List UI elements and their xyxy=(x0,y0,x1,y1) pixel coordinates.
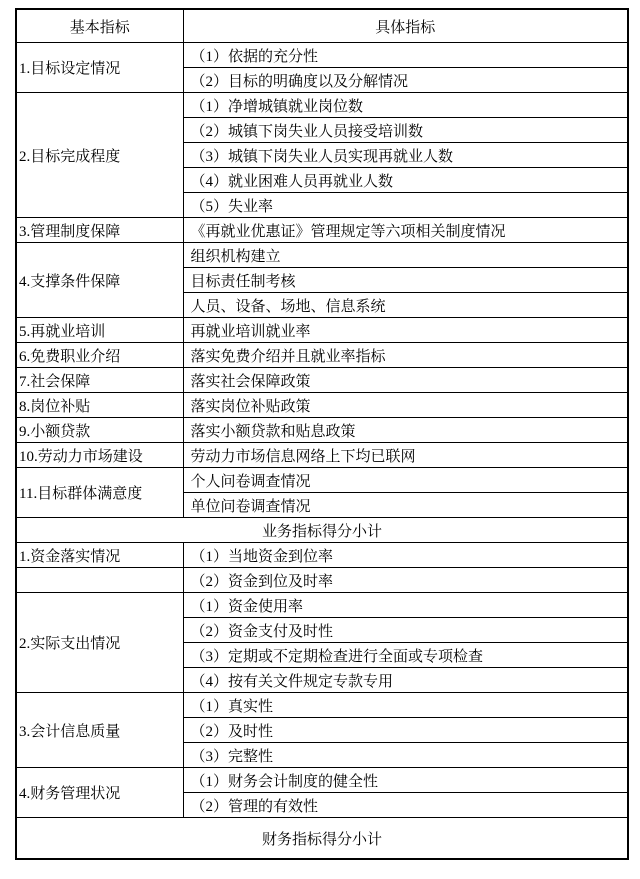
specific-indicator-cell: 目标责任制考核 xyxy=(183,268,628,293)
table-row: 1.资金落实情况（1）当地资金到位率 xyxy=(16,543,628,568)
specific-indicator-cell: 《再就业优惠证》管理规定等六项相关制度情况 xyxy=(183,218,628,243)
header-specific-indicator: 具体指标 xyxy=(183,9,628,43)
table-row: 11.目标群体满意度个人问卷调查情况 xyxy=(16,468,628,493)
specific-indicator-cell: （3）完整性 xyxy=(183,743,628,768)
basic-indicator-cell: 10.劳动力市场建设 xyxy=(16,443,183,468)
specific-indicator-cell: （2）城镇下岗失业人员接受培训数 xyxy=(183,118,628,143)
basic-indicator-cell xyxy=(16,568,183,593)
table-row: 8.岗位补贴落实岗位补贴政策 xyxy=(16,393,628,418)
table-row: （2）资金到位及时率 xyxy=(16,568,628,593)
basic-indicator-cell: 2.目标完成程度 xyxy=(16,93,183,218)
specific-indicator-cell: （2）资金支付及时性 xyxy=(183,618,628,643)
specific-indicator-cell: （1）净增城镇就业岗位数 xyxy=(183,93,628,118)
table-row: 2.目标完成程度（1）净增城镇就业岗位数 xyxy=(16,93,628,118)
specific-indicator-cell: （1）真实性 xyxy=(183,693,628,718)
specific-indicator-cell: （3）城镇下岗失业人员实现再就业人数 xyxy=(183,143,628,168)
basic-indicator-cell: 8.岗位补贴 xyxy=(16,393,183,418)
subtotal-row: 财务指标得分小计 xyxy=(16,818,628,860)
specific-indicator-cell: 落实免费介绍并且就业率指标 xyxy=(183,343,628,368)
table-row: 3.会计信息质量（1）真实性 xyxy=(16,693,628,718)
specific-indicator-cell: （1）资金使用率 xyxy=(183,593,628,618)
basic-indicator-cell: 3.管理制度保障 xyxy=(16,218,183,243)
basic-indicator-cell: 11.目标群体满意度 xyxy=(16,468,183,518)
specific-indicator-cell: （2）管理的有效性 xyxy=(183,793,628,818)
indicator-table: 基本指标 具体指标 1.目标设定情况（1）依据的充分性（2）目标的明确度以及分解… xyxy=(15,8,629,860)
document-page: 基本指标 具体指标 1.目标设定情况（1）依据的充分性（2）目标的明确度以及分解… xyxy=(0,0,640,879)
subtotal-cell: 财务指标得分小计 xyxy=(16,818,628,860)
specific-indicator-cell: 再就业培训就业率 xyxy=(183,318,628,343)
specific-indicator-cell: （1）依据的充分性 xyxy=(183,43,628,68)
specific-indicator-cell: （2）资金到位及时率 xyxy=(183,568,628,593)
table-row: 2.实际支出情况（1）资金使用率 xyxy=(16,593,628,618)
basic-indicator-cell: 1.资金落实情况 xyxy=(16,543,183,568)
header-basic-indicator: 基本指标 xyxy=(16,9,183,43)
specific-indicator-cell: 落实小额贷款和贴息政策 xyxy=(183,418,628,443)
specific-indicator-cell: （5）失业率 xyxy=(183,193,628,218)
table-row: 9.小额贷款落实小额贷款和贴息政策 xyxy=(16,418,628,443)
specific-indicator-cell: （1）财务会计制度的健全性 xyxy=(183,768,628,793)
specific-indicator-cell: 劳动力市场信息网络上下均已联网 xyxy=(183,443,628,468)
basic-indicator-cell: 7.社会保障 xyxy=(16,368,183,393)
specific-indicator-cell: （4）就业困难人员再就业人数 xyxy=(183,168,628,193)
basic-indicator-cell: 3.会计信息质量 xyxy=(16,693,183,768)
specific-indicator-cell: 个人问卷调查情况 xyxy=(183,468,628,493)
specific-indicator-cell: （1）当地资金到位率 xyxy=(183,543,628,568)
specific-indicator-cell: （3）定期或不定期检查进行全面或专项检查 xyxy=(183,643,628,668)
basic-indicator-cell: 6.免费职业介绍 xyxy=(16,343,183,368)
table-row: 4.财务管理状况（1）财务会计制度的健全性 xyxy=(16,768,628,793)
table-row: 4.支撑条件保障组织机构建立 xyxy=(16,243,628,268)
specific-indicator-cell: 单位问卷调查情况 xyxy=(183,493,628,518)
specific-indicator-cell: （2）目标的明确度以及分解情况 xyxy=(183,68,628,93)
specific-indicator-cell: 落实社会保障政策 xyxy=(183,368,628,393)
table-row: 6.免费职业介绍落实免费介绍并且就业率指标 xyxy=(16,343,628,368)
table-row: 7.社会保障落实社会保障政策 xyxy=(16,368,628,393)
table-row: 10.劳动力市场建设劳动力市场信息网络上下均已联网 xyxy=(16,443,628,468)
table-header: 基本指标 具体指标 xyxy=(16,9,628,43)
specific-indicator-cell: （2）及时性 xyxy=(183,718,628,743)
table-row: 5.再就业培训再就业培训就业率 xyxy=(16,318,628,343)
subtotal-row: 业务指标得分小计 xyxy=(16,518,628,543)
basic-indicator-cell: 1.目标设定情况 xyxy=(16,43,183,93)
specific-indicator-cell: （4）按有关文件规定专款专用 xyxy=(183,668,628,693)
subtotal-cell: 业务指标得分小计 xyxy=(16,518,628,543)
basic-indicator-cell: 5.再就业培训 xyxy=(16,318,183,343)
basic-indicator-cell: 2.实际支出情况 xyxy=(16,593,183,693)
header-row: 基本指标 具体指标 xyxy=(16,9,628,43)
basic-indicator-cell: 9.小额贷款 xyxy=(16,418,183,443)
specific-indicator-cell: 落实岗位补贴政策 xyxy=(183,393,628,418)
table-row: 3.管理制度保障《再就业优惠证》管理规定等六项相关制度情况 xyxy=(16,218,628,243)
table-row: 1.目标设定情况（1）依据的充分性 xyxy=(16,43,628,68)
specific-indicator-cell: 组织机构建立 xyxy=(183,243,628,268)
table-body: 1.目标设定情况（1）依据的充分性（2）目标的明确度以及分解情况2.目标完成程度… xyxy=(16,43,628,860)
basic-indicator-cell: 4.支撑条件保障 xyxy=(16,243,183,318)
specific-indicator-cell: 人员、设备、场地、信息系统 xyxy=(183,293,628,318)
basic-indicator-cell: 4.财务管理状况 xyxy=(16,768,183,818)
